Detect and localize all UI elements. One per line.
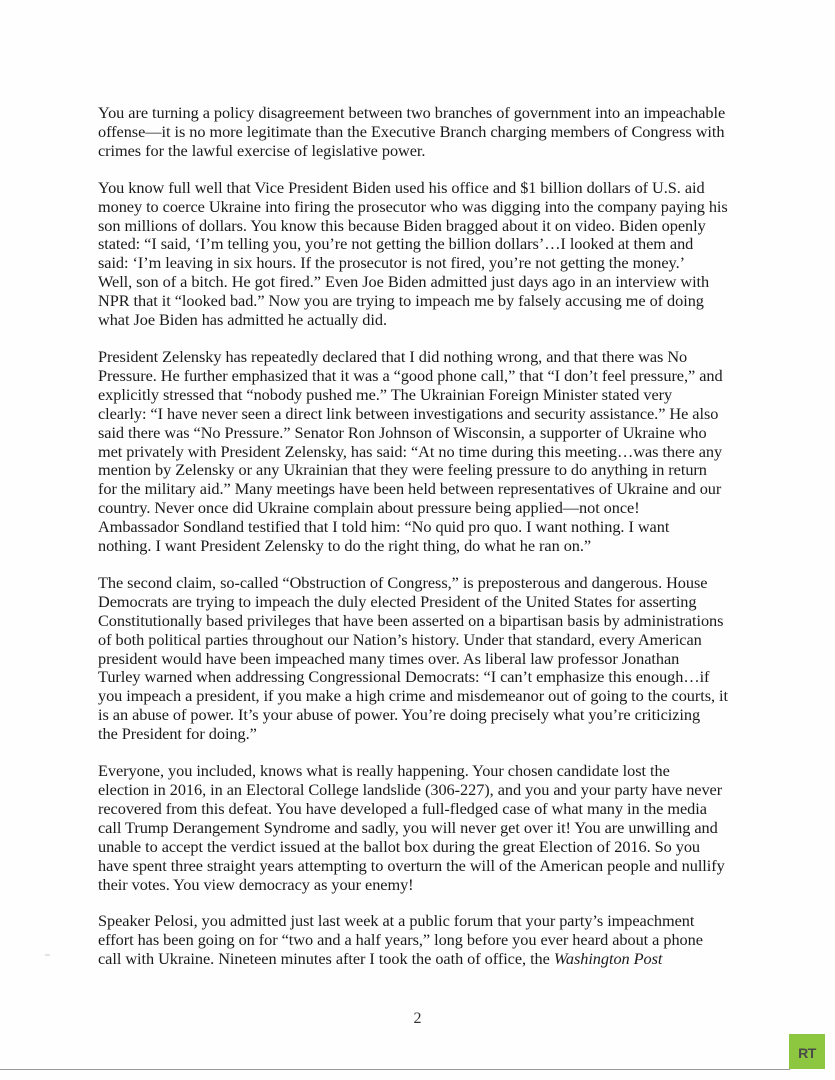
text-line: met privately with President Zelensky, h… bbox=[98, 443, 740, 462]
page-bottom-edge bbox=[0, 1069, 790, 1070]
text-line: nothing. I want President Zelensky to do… bbox=[98, 537, 740, 556]
text-line: You know full well that Vice President B… bbox=[98, 179, 740, 198]
text-line: Well, son of a bitch. He got fired.” Eve… bbox=[98, 273, 740, 292]
paragraph-election: Everyone, you included, knows what is re… bbox=[98, 762, 740, 894]
text-line: Turley warned when addressing Congressio… bbox=[98, 668, 740, 687]
text-line: of both political parties throughout our… bbox=[98, 631, 740, 650]
text-line: money to coerce Ukraine into firing the … bbox=[98, 198, 740, 217]
text-line: clearly: “I have never seen a direct lin… bbox=[98, 405, 740, 424]
page-number: 2 bbox=[0, 1010, 835, 1028]
text-line: mention by Zelensky or any Ukrainian tha… bbox=[98, 461, 740, 480]
text-line: Pressure. He further emphasized that it … bbox=[98, 367, 740, 386]
text-line: son millions of dollars. You know this b… bbox=[98, 217, 740, 236]
text-line: election in 2016, in an Electoral Colleg… bbox=[98, 781, 740, 800]
text-line: the President for doing.” bbox=[98, 725, 740, 744]
publication-name: Washington Post bbox=[554, 949, 663, 968]
text-line: President Zelensky has repeatedly declar… bbox=[98, 348, 740, 367]
rt-logo-text: RT bbox=[798, 1045, 816, 1061]
text-line: unable to accept the verdict issued at t… bbox=[98, 838, 740, 857]
rt-watermark-logo: RT bbox=[789, 1034, 825, 1069]
paragraph-policy-disagreement: You are turning a policy disagreement be… bbox=[98, 104, 740, 161]
text-line: explicitly stressed that “nobody pushed … bbox=[98, 386, 740, 405]
text-line: have spent three straight years attempti… bbox=[98, 857, 740, 876]
text-line: recovered from this defeat. You have dev… bbox=[98, 800, 740, 819]
text-line: Speaker Pelosi, you admitted just last w… bbox=[98, 912, 740, 931]
letter-body: You are turning a policy disagreement be… bbox=[98, 104, 740, 969]
scan-artifact bbox=[45, 954, 50, 956]
text-line: offense—it is no more legitimate than th… bbox=[98, 123, 740, 142]
text-line: for the military aid.” Many meetings hav… bbox=[98, 480, 740, 499]
text-line: president would have been impeached many… bbox=[98, 650, 740, 669]
paragraph-biden: You know full well that Vice President B… bbox=[98, 179, 740, 330]
text-line: said there was “No Pressure.” Senator Ro… bbox=[98, 424, 740, 443]
text-line: call Trump Derangement Syndrome and sadl… bbox=[98, 819, 740, 838]
paragraph-pelosi: Speaker Pelosi, you admitted just last w… bbox=[98, 912, 740, 969]
text-line: is an abuse of power. It’s your abuse of… bbox=[98, 706, 740, 725]
text-line: Democrats are trying to impeach the duly… bbox=[98, 593, 740, 612]
text-line: country. Never once did Ukraine complain… bbox=[98, 499, 740, 518]
paragraph-zelensky: President Zelensky has repeatedly declar… bbox=[98, 348, 740, 556]
document-page: You are turning a policy disagreement be… bbox=[0, 0, 835, 1080]
text-line: effort has been going on for “two and a … bbox=[98, 931, 740, 950]
text-line: The second claim, so-called “Obstruction… bbox=[98, 574, 740, 593]
text-line: Ambassador Sondland testified that I tol… bbox=[98, 518, 740, 537]
text-line: stated: “I said, ‘I’m telling you, you’r… bbox=[98, 235, 740, 254]
text-line: crimes for the lawful exercise of legisl… bbox=[98, 142, 740, 161]
text-line: said: ‘I’m leaving in six hours. If the … bbox=[98, 254, 740, 273]
text-line: call with Ukraine. Nineteen minutes afte… bbox=[98, 950, 740, 969]
text-line: Constitutionally based privileges that h… bbox=[98, 612, 740, 631]
text-segment: call with Ukraine. Nineteen minutes afte… bbox=[98, 949, 554, 968]
text-line: You are turning a policy disagreement be… bbox=[98, 104, 740, 123]
text-line: Everyone, you included, knows what is re… bbox=[98, 762, 740, 781]
text-line: NPR that it “looked bad.” Now you are tr… bbox=[98, 292, 740, 311]
text-line: their votes. You view democracy as your … bbox=[98, 876, 740, 895]
text-line: you impeach a president, if you make a h… bbox=[98, 687, 740, 706]
paragraph-obstruction: The second claim, so-called “Obstruction… bbox=[98, 574, 740, 744]
text-line: what Joe Biden has admitted he actually … bbox=[98, 311, 740, 330]
